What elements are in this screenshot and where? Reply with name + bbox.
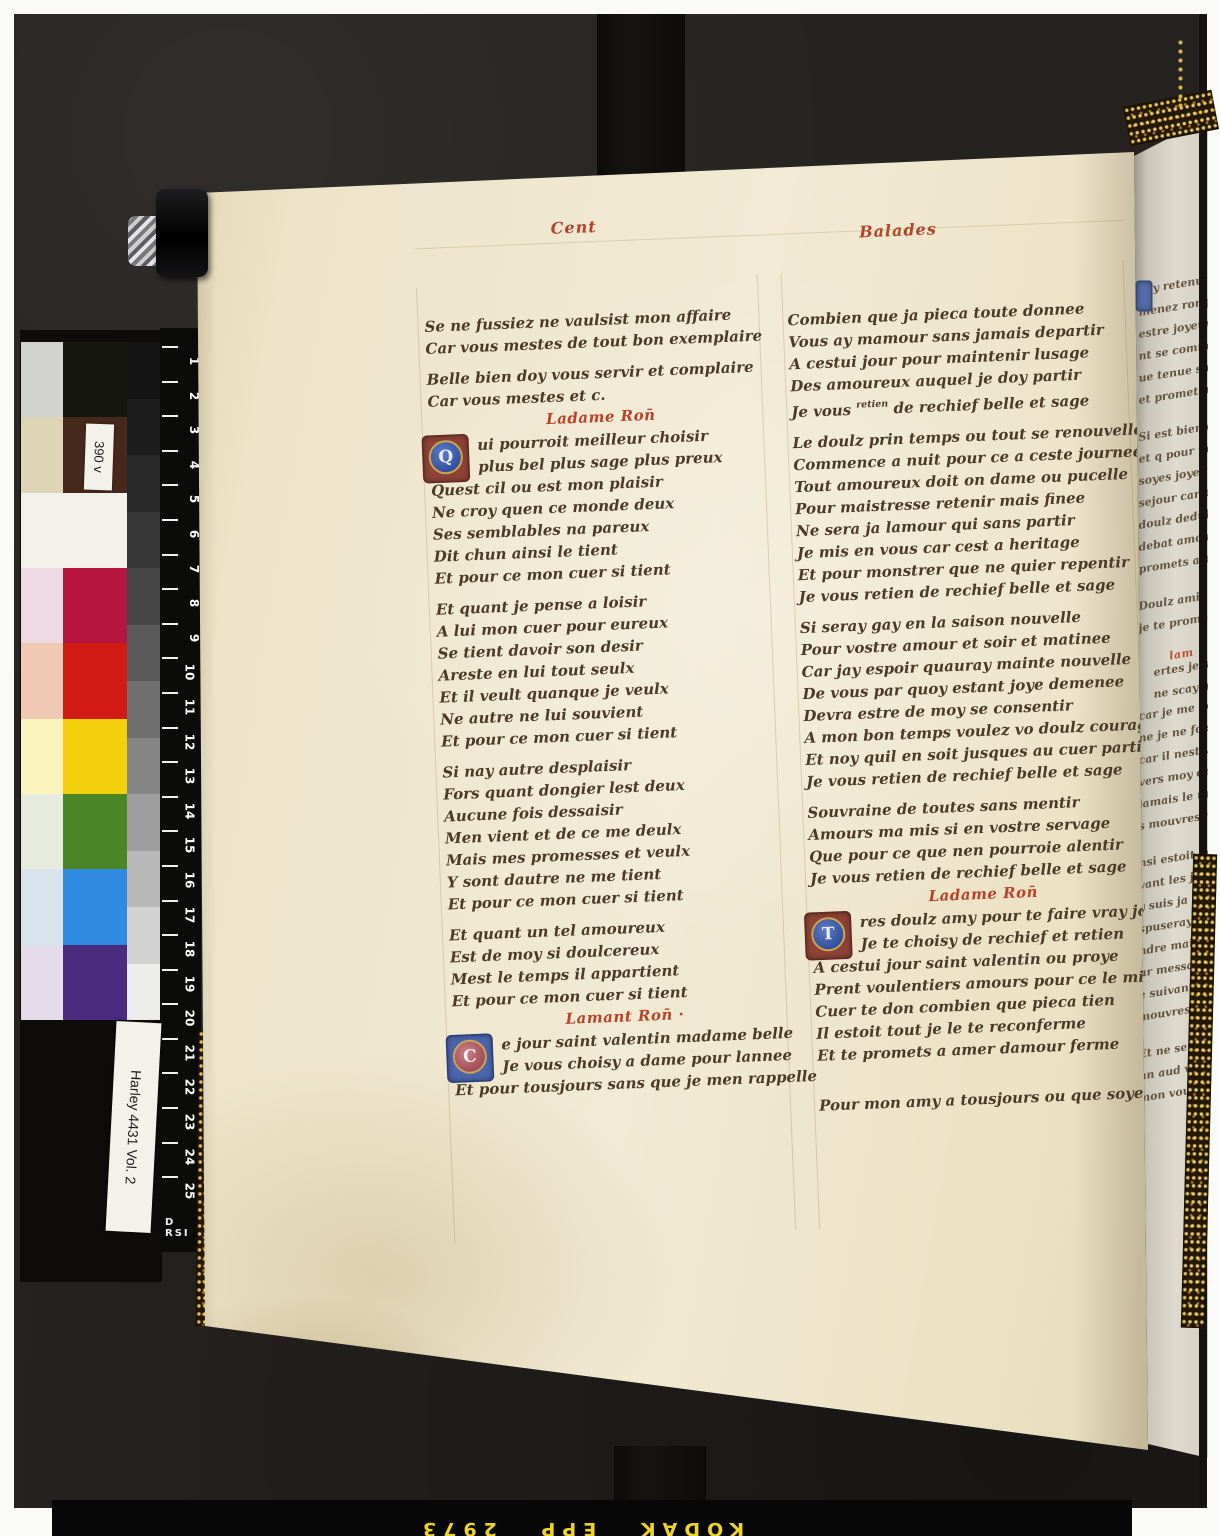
ruler-number: 25	[183, 1183, 197, 1200]
grayscale-strip	[127, 342, 160, 1020]
color-swatch	[63, 568, 127, 643]
ruler-tick	[162, 761, 178, 763]
stanza: Tres doulz amy pour te faire vray joyeJe…	[811, 899, 1162, 1067]
ruler-number: 5	[187, 495, 201, 503]
ruler-mark: 15	[160, 830, 201, 865]
stanza: Et quant je pense a loisirA lui mon cuer…	[435, 585, 786, 753]
grayscale-step	[127, 625, 160, 682]
ruler-mark: 7	[160, 554, 201, 589]
ruler-number: 19	[183, 975, 197, 992]
color-swatch	[21, 342, 63, 417]
film-edge-text: KODAK EPP 2973	[345, 1518, 815, 1536]
stanza: Pour mon amy a tousjours ou que soye	[819, 1081, 1165, 1117]
ruler-number: 23	[183, 1114, 197, 1131]
grayscale-step	[127, 851, 160, 908]
color-checker-row	[21, 869, 127, 944]
illuminated-initial: T	[805, 912, 851, 959]
color-swatch	[21, 794, 63, 869]
ruler-mark: 11	[160, 692, 201, 727]
color-swatch	[63, 945, 127, 1020]
page-surface: Cent Balades Se ne fussiez ne vaulsist m…	[197, 155, 1192, 1452]
stanza: Certes je suis tropne scay a quoycar je …	[1139, 662, 1220, 838]
gilt-edge-dots	[1177, 38, 1184, 108]
ruler-number: 4	[187, 461, 201, 469]
ruler-tick	[162, 554, 178, 556]
grayscale-step	[127, 568, 160, 625]
ruler-mark: 17	[160, 900, 201, 935]
ruler-number: 18	[183, 941, 197, 958]
ruler-number: 15	[183, 837, 197, 854]
ruler-tick	[162, 934, 178, 936]
ruler-number: 9	[187, 634, 201, 642]
ruler-tick	[162, 1107, 178, 1109]
grayscale-step	[127, 964, 160, 1021]
color-swatch	[21, 869, 63, 944]
folio-sticker: 390 v	[84, 424, 114, 491]
grayscale-step	[127, 794, 160, 851]
stanza: Combien que ja pieca toute donneeVous ay…	[787, 296, 1136, 424]
ruler-mark: 8	[160, 588, 201, 623]
ruler-tick	[162, 484, 178, 486]
initial-disc: C	[452, 1039, 487, 1074]
color-checker-row	[21, 794, 127, 869]
color-checker-row	[21, 493, 127, 568]
interlinear-note: retien	[856, 398, 888, 410]
ruler-number: 7	[187, 564, 201, 572]
photo-frame: { "film": { "edge_text": "KODAK EPP 2973…	[0, 0, 1220, 1536]
stanza: Si nay autre desplaisirFors quant dongie…	[442, 748, 793, 916]
color-swatch	[63, 643, 127, 718]
ruler-mark: 10	[160, 657, 201, 692]
ruler-mark: 22	[160, 1072, 201, 1107]
ruler-number: 11	[183, 699, 197, 716]
ruler-number: 21	[183, 1045, 197, 1062]
initial-disc: Q	[428, 440, 463, 475]
ruler-number: 12	[183, 733, 197, 750]
ruler-mark: 4	[160, 450, 201, 485]
ruler-number: 22	[183, 1079, 197, 1096]
stanza: Le doulz prin temps ou tout se renouvell…	[792, 418, 1144, 608]
page-clip	[156, 189, 208, 277]
ruler-footer-label: D RSI	[160, 1211, 201, 1239]
ruler-mark: 16	[160, 865, 201, 900]
ruler-mark: 14	[160, 796, 201, 831]
stanza: Qui pourroit meilleur choisirplus bel pl…	[429, 422, 780, 590]
ruler-number: 13	[183, 768, 197, 785]
color-swatch	[21, 945, 63, 1020]
color-checker-row	[21, 342, 127, 417]
ruler-number: 10	[183, 664, 197, 681]
ruler-tick	[162, 1003, 178, 1005]
text-column-2: Combien que ja pieca toute donneeVous ay…	[787, 296, 1164, 1117]
ruler-mark: 12	[160, 727, 201, 762]
ruler-mark: 19	[160, 969, 201, 1004]
color-swatch	[21, 643, 63, 718]
ruler-mark: 1	[160, 346, 201, 381]
ruler: 1234567891011121314151617181920212223242…	[160, 328, 201, 1252]
ruler-tick	[162, 1142, 178, 1144]
initial-letter: C	[463, 1046, 477, 1067]
color-swatch	[21, 719, 63, 794]
ruler-mark: 21	[160, 1038, 201, 1073]
ruler-tick	[162, 830, 178, 832]
stanza: Et quant un tel amoureuxEst de moy si do…	[449, 911, 797, 1013]
ruler-mark: 3	[160, 415, 201, 450]
ruler-number: 8	[187, 599, 201, 607]
color-checker-row	[21, 945, 127, 1020]
ruler-mark: 5	[160, 484, 201, 519]
folio-label: 390 v	[91, 441, 107, 473]
grayscale-step	[127, 399, 160, 456]
ruler-tick	[162, 796, 178, 798]
ruler-number: 14	[183, 802, 197, 819]
ruling-line	[414, 220, 1123, 249]
stanza: Doulz amis suis tienje te promets et c	[1139, 596, 1220, 640]
shelfmark-label: Harley 4431 Vol. 2	[123, 1069, 145, 1184]
grayscale-step	[127, 342, 160, 399]
grayscale-step	[127, 512, 160, 569]
stanza: Ce jour saint valentin madame belleJe vo…	[453, 1022, 800, 1102]
ruler-tick	[162, 657, 178, 659]
ruler-number: 17	[183, 906, 197, 923]
ruler-tick	[162, 1038, 178, 1040]
ruler-tick	[162, 692, 178, 694]
ruler-number: 24	[183, 1148, 197, 1165]
ruler-mark: 24	[160, 1142, 201, 1177]
stanza: Tay retenu ne jamenez rompu sestre joyeu…	[1139, 280, 1220, 412]
stanza: Se ne fussiez ne vaulsist mon affaireCar…	[424, 302, 770, 360]
color-checker-row	[21, 643, 127, 718]
ruler-tick	[162, 519, 178, 521]
initial-letter: Q	[438, 447, 454, 468]
verse-line-text: de rechief belle et sage	[888, 391, 1090, 417]
illuminated-initial: Q	[423, 435, 469, 482]
ruler-tick	[162, 969, 178, 971]
color-checker-row	[21, 568, 127, 643]
initial-letter: T	[822, 924, 835, 944]
grayscale-step	[127, 907, 160, 964]
ruler-tick	[162, 1176, 178, 1178]
ruler-mark: 6	[160, 519, 201, 554]
color-swatch	[21, 417, 63, 492]
ruler-tick	[162, 588, 178, 590]
stanza: Souvraine de toutes sans mentirAmours ma…	[807, 788, 1155, 890]
ruler-tick	[162, 381, 178, 383]
color-swatch	[63, 869, 127, 944]
initial-disc: T	[811, 917, 846, 952]
grayscale-step	[127, 455, 160, 512]
book-strap-bottom	[614, 1446, 706, 1508]
running-header-left: Cent	[550, 217, 597, 238]
ruler-number: 20	[183, 1010, 197, 1027]
ruler-tick	[162, 415, 178, 417]
verse-line: Pour mon amy a tousjours ou que soye	[819, 1081, 1165, 1117]
color-swatch	[21, 568, 63, 643]
color-swatch	[63, 719, 127, 794]
ruler-mark: 18	[160, 934, 201, 969]
ruler-tick	[162, 623, 178, 625]
book-strap-top	[597, 14, 685, 178]
stanza: Si est bien droit qet q pour moy ensoyes…	[1139, 427, 1220, 581]
color-swatch	[63, 342, 127, 417]
color-checker-row	[21, 719, 127, 794]
text-column-1: Se ne fussiez ne vaulsist mon affaireCar…	[424, 302, 800, 1101]
ruler-tick	[162, 346, 178, 348]
color-swatch	[63, 493, 127, 568]
ruler-mark: 9	[160, 623, 201, 658]
illuminated-initial: C	[447, 1035, 493, 1082]
grayscale-step	[127, 738, 160, 795]
stanza: Si seray gay en la saison nouvellePour v…	[800, 603, 1152, 793]
ruler-number: 16	[183, 872, 197, 889]
ruler-number: 6	[187, 530, 201, 538]
ruler-mark: 2	[160, 381, 201, 416]
ruler-mark: 20	[160, 1003, 201, 1038]
ruler-tick	[162, 727, 178, 729]
ruler-mark: 23	[160, 1107, 201, 1142]
ruler-scale: 1234567891011121314151617181920212223242…	[160, 346, 201, 1211]
color-swatch	[21, 493, 63, 568]
color-swatch	[63, 794, 127, 869]
verse-line-text: Je vous	[791, 401, 857, 422]
grayscale-step	[127, 681, 160, 738]
film-edge: KODAK EPP 2973	[52, 1500, 1132, 1536]
ruler-tick	[162, 865, 178, 867]
ruler-tick	[162, 450, 178, 452]
illuminated-initial: C	[1137, 282, 1151, 310]
manuscript-page: Cent Balades Se ne fussiez ne vaulsist m…	[188, 146, 1150, 1458]
ruler-mark: 13	[160, 761, 201, 796]
ruler-mark: 25	[160, 1176, 201, 1211]
ruler-tick	[162, 1072, 178, 1074]
ruler-tick	[162, 900, 178, 902]
